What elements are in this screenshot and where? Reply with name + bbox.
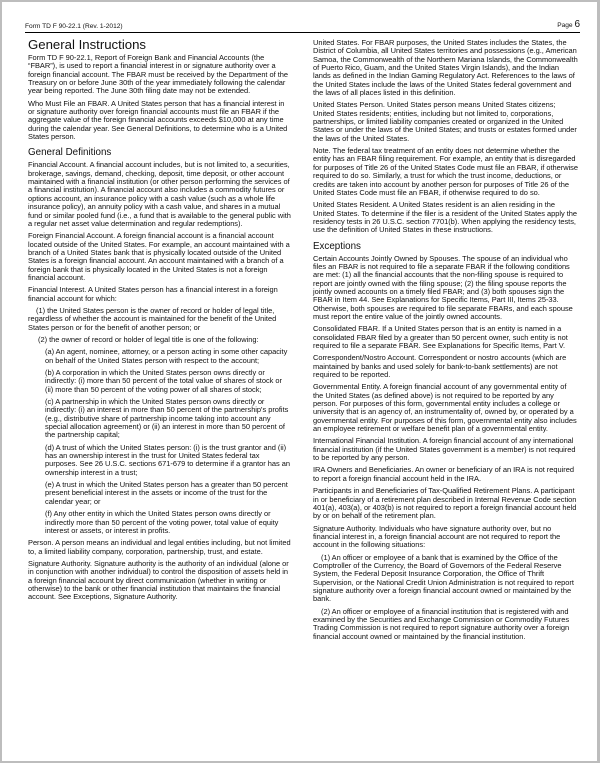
list-item-fi-1: (1) the United States person is the owne… [28, 307, 292, 332]
page-header: Form TD F 90-22.1 (Rev. 1-2012) Page 6 [25, 18, 580, 33]
subheading-exceptions: Exceptions [313, 241, 578, 252]
document-page: Form TD F 90-22.1 (Rev. 1-2012) Page 6 G… [0, 0, 600, 763]
list-item-fi-a: (a) An agent, nominee, attorney, or a pe… [28, 348, 292, 365]
section-title-general-instructions: General Instructions [28, 38, 292, 52]
paragraph-person: Person. A person means an individual and… [28, 539, 292, 556]
paragraph-international-institution: International Financial Institution. A f… [313, 437, 578, 462]
left-column: General Instructions Form TD F 90-22.1, … [28, 38, 292, 606]
page-number: Page 6 [557, 19, 580, 30]
list-item-fi-2: (2) the owner of record or holder of leg… [28, 336, 292, 344]
list-item-fi-d: (d) A trust of which the United States p… [28, 444, 292, 477]
right-column: United States. For FBAR purposes, the Un… [313, 39, 578, 645]
paragraph-signature-authority-exception: Signature Authority. Individuals who hav… [313, 525, 578, 550]
page-label: Page [557, 22, 572, 29]
list-item-sig-1: (1) An officer or employee of a bank tha… [313, 554, 578, 604]
list-item-fi-b: (b) A corporation in which the United St… [28, 369, 292, 394]
paragraph-financial-account: Financial Account. A financial account i… [28, 161, 292, 228]
page-number-value: 6 [574, 19, 580, 30]
list-item-fi-c: (c) A partnership in which the United St… [28, 398, 292, 440]
paragraph-us-person: United States Person. United States pers… [313, 101, 578, 143]
paragraph-united-states: United States. For FBAR purposes, the Un… [313, 39, 578, 97]
paragraph-foreign-financial-account: Foreign Financial Account. A foreign fin… [28, 232, 292, 282]
paragraph-spouses: Certain Accounts Jointly Owned by Spouse… [313, 255, 578, 322]
form-identifier: Form TD F 90-22.1 (Rev. 1-2012) [25, 23, 123, 30]
paragraph-retirement-plans: Participants in and Beneficiaries of Tax… [313, 487, 578, 520]
paragraph-intro: Form TD F 90-22.1, Report of Foreign Ban… [28, 54, 292, 96]
paragraph-financial-interest: Financial Interest. A United States pers… [28, 286, 292, 303]
list-item-sig-2: (2) An officer or employee of a financia… [313, 608, 578, 641]
paragraph-correspondent-account: Correspondent/Nostro Account. Correspond… [313, 354, 578, 379]
subheading-general-definitions: General Definitions [28, 147, 292, 158]
list-item-fi-e: (e) A trust in which the United States p… [28, 481, 292, 506]
paragraph-governmental-entity: Governmental Entity. A foreign financial… [313, 383, 578, 433]
paragraph-signature-authority: Signature Authority. Signature authority… [28, 560, 292, 602]
paragraph-consolidated-fbar: Consolidated FBAR. If a United States pe… [313, 325, 578, 350]
paragraph-ira: IRA Owners and Beneficiaries. An owner o… [313, 466, 578, 483]
paragraph-who-must-file: Who Must File an FBAR. A United States p… [28, 100, 292, 142]
paragraph-us-resident: United States Resident. A United States … [313, 201, 578, 234]
paragraph-note: Note. The federal tax treatment of an en… [313, 147, 578, 197]
list-item-fi-f: (f) Any other entity in which the United… [28, 510, 292, 535]
